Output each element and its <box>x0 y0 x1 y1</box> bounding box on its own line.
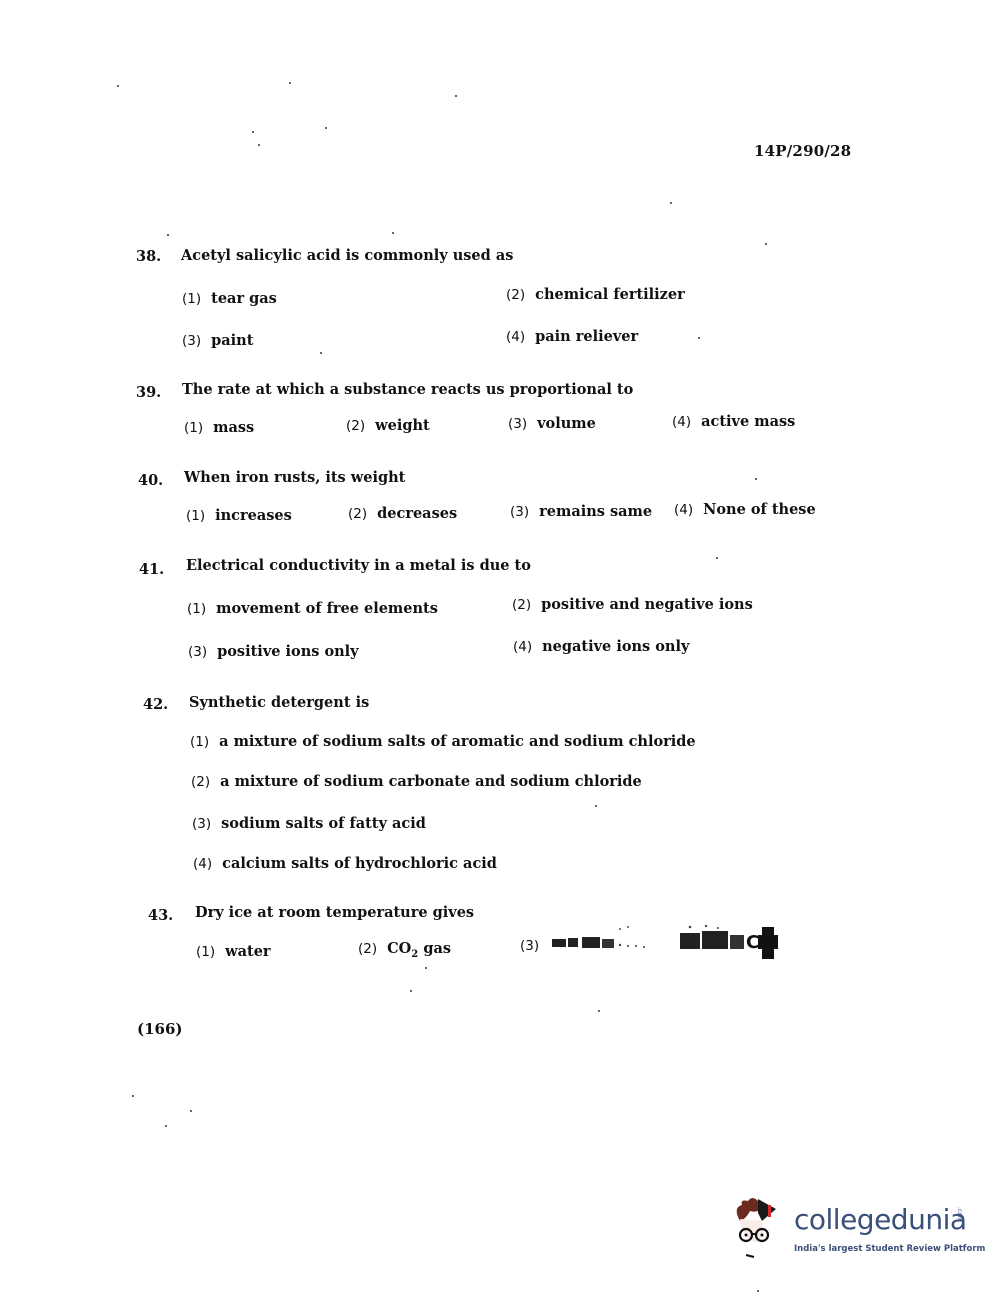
question-text: Synthetic detergent is <box>189 694 369 711</box>
option-1: (1)mass <box>184 419 254 436</box>
option-2: (2)weight <box>346 417 430 434</box>
scan-speck <box>167 234 169 236</box>
option-2: (2)a mixture of sodium carbonate and sod… <box>191 773 642 790</box>
option-4: (4)calcium salts of hydrochloric acid <box>193 855 497 872</box>
scan-speck <box>165 1125 167 1127</box>
scan-speck <box>258 144 260 146</box>
page-number: (166) <box>137 1020 183 1038</box>
question-text: The rate at which a substance reacts us … <box>182 381 633 398</box>
paper-code: 14P/290/28 <box>754 142 851 160</box>
option-4: (4)active mass <box>672 413 795 430</box>
scan-speck <box>117 85 119 87</box>
option-3: (3)volume <box>508 415 596 432</box>
scan-speck <box>132 1095 134 1097</box>
scan-speck <box>670 202 672 204</box>
option-1: (1)movement of free elements <box>187 600 438 617</box>
question-number: 42. <box>143 696 168 713</box>
question-number: 40. <box>138 472 163 489</box>
scan-speck <box>716 557 718 559</box>
brand-domain: .com <box>956 1207 963 1222</box>
scan-speck <box>455 95 457 97</box>
scan-speck <box>190 1110 192 1112</box>
option-4: (4)pain reliever <box>506 328 638 345</box>
option-1: (1)a mixture of sodium salts of aromatic… <box>190 733 696 750</box>
scan-speck <box>755 478 757 480</box>
scan-speck <box>392 232 394 234</box>
question-text: When iron rusts, its weight <box>184 469 405 486</box>
scan-speck <box>698 337 700 339</box>
scan-speck <box>425 967 427 969</box>
option-2: (2)chemical fertilizer <box>506 286 685 303</box>
option-2: (2)CO2 gas <box>358 940 451 960</box>
option-3: (3)positive ions only <box>188 643 359 660</box>
ink-smudge: C <box>550 925 800 961</box>
collegedunia-logo: collegedunia .com India's largest Studen… <box>732 1195 972 1265</box>
option-3: (3)remains same <box>510 503 652 520</box>
scan-speck <box>765 243 767 245</box>
option-1: (1)water <box>196 943 271 960</box>
scan-speck <box>320 352 322 354</box>
option-3: (3)sodium salts of fatty acid <box>192 815 426 832</box>
question-number: 43. <box>148 907 173 924</box>
question-text: Acetyl salicylic acid is commonly used a… <box>181 247 513 264</box>
mascot-icon <box>732 1195 792 1265</box>
question-number: 38. <box>136 248 161 265</box>
brand-tagline: India's largest Student Review Platform <box>794 1244 985 1254</box>
scan-speck <box>325 127 327 129</box>
option-2: (2)decreases <box>348 505 457 522</box>
scan-speck <box>252 131 254 133</box>
scan-speck <box>598 1010 600 1012</box>
option-4: (4)None of these <box>674 501 816 518</box>
scan-speck <box>289 82 291 84</box>
option-3: (3) <box>520 937 549 954</box>
scan-speck <box>410 990 412 992</box>
svg-text:C: C <box>746 932 759 953</box>
option-3: (3)paint <box>182 332 253 349</box>
scan-speck <box>757 1290 759 1292</box>
option-1: (1)tear gas <box>182 290 277 307</box>
option-1: (1)increases <box>186 507 292 524</box>
question-text: Electrical conductivity in a metal is du… <box>186 557 531 574</box>
option-2: (2)positive and negative ions <box>512 596 753 613</box>
scan-speck <box>595 805 597 807</box>
question-number: 39. <box>136 384 161 401</box>
question-number: 41. <box>139 561 164 578</box>
option-4: (4)negative ions only <box>513 638 689 655</box>
question-text: Dry ice at room temperature gives <box>195 904 474 921</box>
brand-name: collegedunia <box>794 1203 967 1236</box>
